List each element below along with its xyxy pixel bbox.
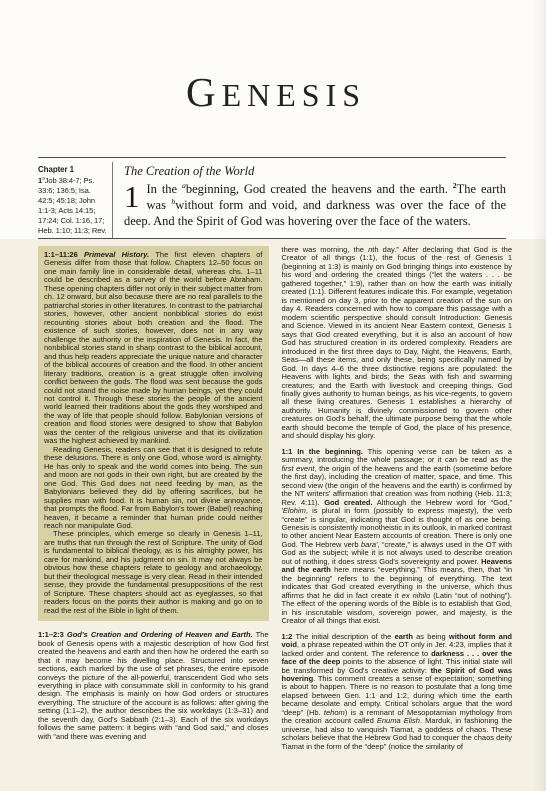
verse-text: 1In the abeginning, God created the heav…	[124, 182, 506, 229]
note-continuation: there was morning, the nth day.” After d…	[282, 246, 513, 441]
study-bible-page: GENESIS Chapter 1 1aJob 38:4-7; Ps. 33:6…	[0, 0, 546, 791]
scripture-section: Chapter 1 1aJob 38:4-7; Ps. 33:6; 136:5;…	[38, 162, 506, 238]
commentary-left-column: 1:1–11:26 Primeval History. The first el…	[38, 246, 269, 791]
intro-paragraph-2: Reading Genesis, readers can see that it…	[44, 446, 263, 531]
primeval-history-highlight-box: 1:1–11:26 Primeval History. The first el…	[38, 246, 269, 621]
chapter-number-drop-cap: 1	[124, 182, 147, 209]
bible-text-column: The Creation of the World 1In the abegin…	[112, 162, 506, 238]
note-1-2: 1:2 The initial description of the earth…	[282, 633, 513, 752]
commentary-section: 1:1–11:26 Primeval History. The first el…	[0, 239, 546, 791]
top-rule	[38, 157, 506, 158]
intro-paragraph-3: These principles, which emerge so clearl…	[44, 530, 263, 615]
book-title: GENESIS	[0, 68, 546, 116]
verse-body: In the abeginning, God created the heave…	[124, 182, 506, 228]
cross-reference-column: Chapter 1 1aJob 38:4-7; Ps. 33:6; 136:5;…	[38, 162, 112, 238]
commentary-right-column: there was morning, the nth day.” After d…	[282, 246, 513, 791]
section-heading: The Creation of the World	[124, 164, 506, 179]
note-1-1-to-2-3: 1:1–2:3 God's Creation and Ordering of H…	[38, 631, 269, 741]
chapter-label: Chapter 1	[38, 165, 107, 175]
cross-reference-verse-1: 1aJob 38:4-7; Ps. 33:6; 136:5; Isa. 42:5…	[38, 176, 107, 245]
intro-paragraph-1: 1:1–11:26 Primeval History. The first el…	[44, 251, 263, 446]
note-1-1: 1:1 In the beginning. This opening verse…	[282, 448, 513, 626]
